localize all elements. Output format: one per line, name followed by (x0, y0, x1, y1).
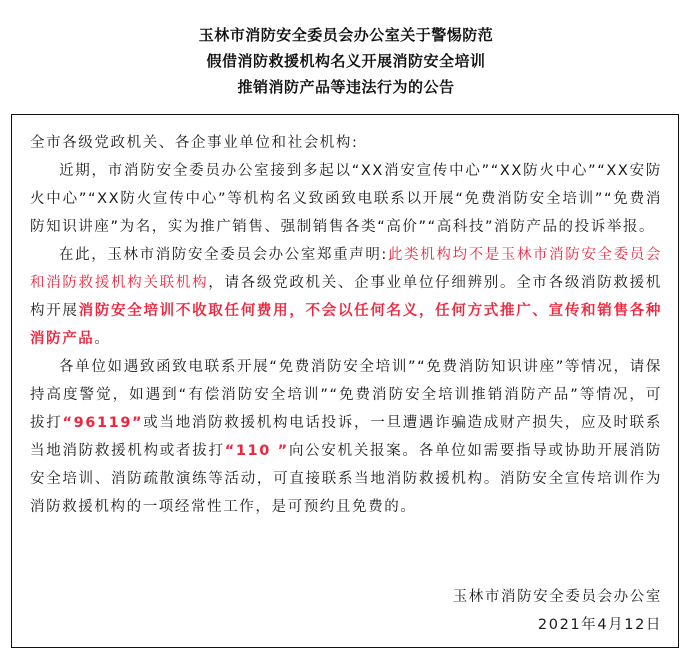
title-line-3: 推销消防产品等违法行为的公告 (0, 74, 692, 100)
paragraph-1: 近期，市消防安全委员办公室接到多起以“XX消安宣传中心”“XX防火中心”“XX安… (30, 157, 662, 241)
salutation: 全市各级党政机关、各企事业单位和社会机构: (30, 129, 662, 157)
hotline-96119: “96119” (62, 415, 143, 431)
notice-content: 全市各级党政机关、各企事业单位和社会机构: 近期，市消防安全委员办公室接到多起以… (30, 129, 662, 521)
paragraph-2: 在此，玉林市消防安全委员会办公室郑重声明:此类机构均不是玉林市消防安全委员会和消… (30, 241, 662, 353)
paragraph-3: 各单位如遇致函致电联系开展“免费消防安全培训”“免费消防知识讲座”等情况，请保持… (30, 353, 662, 521)
hotline-110: “110 ” (225, 443, 289, 459)
signature-block: 玉林市消防安全委员会办公室 2021年4月12日 (453, 583, 662, 639)
signature-org: 玉林市消防安全委员会办公室 (453, 583, 662, 611)
signature-date: 2021年4月12日 (453, 611, 662, 639)
title-line-1: 玉林市消防安全委员会办公室关于警惕防范 (0, 22, 692, 48)
p2-end: 。 (94, 331, 110, 347)
notice-title: 玉林市消防安全委员会办公室关于警惕防范 假借消防救援机构名义开展消防安全培训 推… (0, 22, 692, 100)
p2-intro: 在此，玉林市消防安全委员会办公室郑重声明: (59, 247, 388, 263)
p2-free-training-highlight: 消防安全培训不收取任何费用，不会以任何名义，任何方式推广、宣传和销售各种消防产品 (30, 303, 662, 347)
notice-body-box: 全市各级党政机关、各企事业单位和社会机构: 近期，市消防安全委员办公室接到多起以… (11, 114, 679, 648)
title-line-2: 假借消防救援机构名义开展消防安全培训 (0, 48, 692, 74)
